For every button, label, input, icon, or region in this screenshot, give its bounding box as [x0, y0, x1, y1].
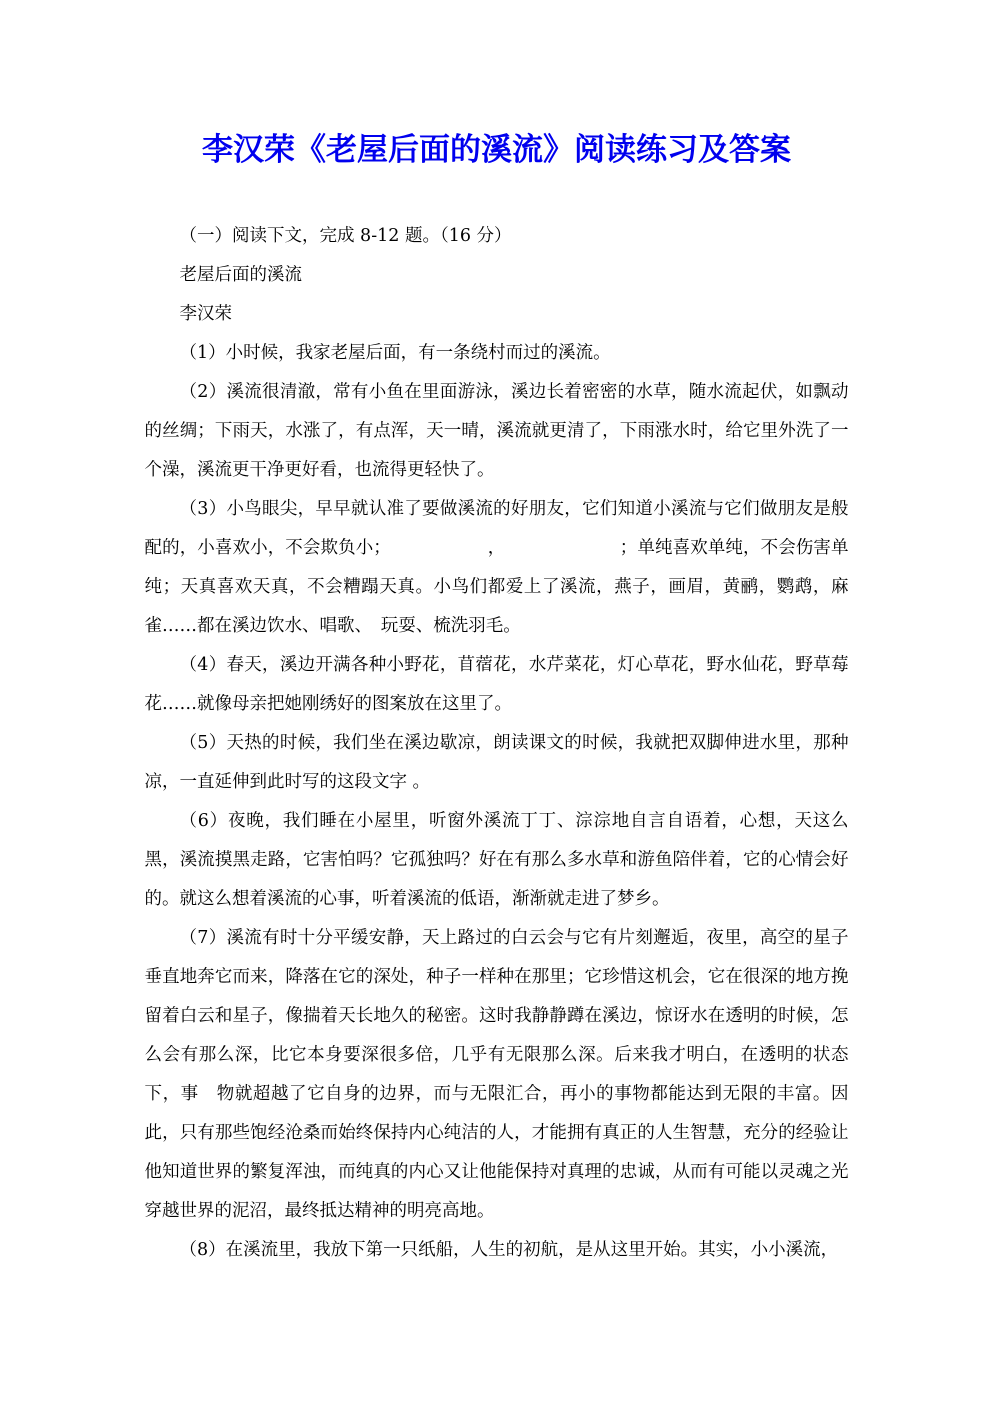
paragraph-5: （5）天热的时候，我们坐在溪边歇凉，朗读课文的时候，我就把双脚伸进水里，那种凉，…	[145, 724, 849, 802]
document-title: 李汉荣《老屋后面的溪流》阅读练习及答案	[0, 128, 993, 172]
paragraph-7: （7）溪流有时十分平缓安静，天上路过的白云会与它有片刻邂逅，夜里，高空的星子垂直…	[145, 919, 849, 1231]
paragraph-6: （6）夜晚，我们睡在小屋里，听窗外溪流丁丁、淙淙地自言自语着，心想，天这么黑，溪…	[145, 802, 849, 919]
paragraph-article-title: 老屋后面的溪流	[145, 256, 849, 295]
paragraph-3: （3）小鸟眼尖，早早就认准了要做溪流的好朋友，它们知道小溪流与它们做朋友是般配的…	[145, 490, 849, 646]
paragraph-2: （2）溪流很清澈，常有小鱼在里面游泳，溪边长着密密的水草，随水流起伏，如飘动的丝…	[145, 373, 849, 490]
document-body: （一）阅读下文，完成 8-12 题。（16 分） 老屋后面的溪流 李汉荣 （1）…	[145, 217, 849, 1270]
paragraph-1: （1）小时候，我家老屋后面，有一条绕村而过的溪流。	[145, 334, 849, 373]
document-page: 李汉荣《老屋后面的溪流》阅读练习及答案 （一）阅读下文，完成 8-12 题。（1…	[0, 0, 993, 1404]
paragraph-8: （8）在溪流里，我放下第一只纸船，人生的初航，是从这里开始。其实，小小溪流，	[145, 1231, 849, 1270]
paragraph-section-header: （一）阅读下文，完成 8-12 题。（16 分）	[145, 217, 849, 256]
paragraph-author: 李汉荣	[145, 295, 849, 334]
paragraph-4: （4）春天，溪边开满各种小野花，苜蓿花，水芹菜花，灯心草花，野水仙花，野草莓花……	[145, 646, 849, 724]
